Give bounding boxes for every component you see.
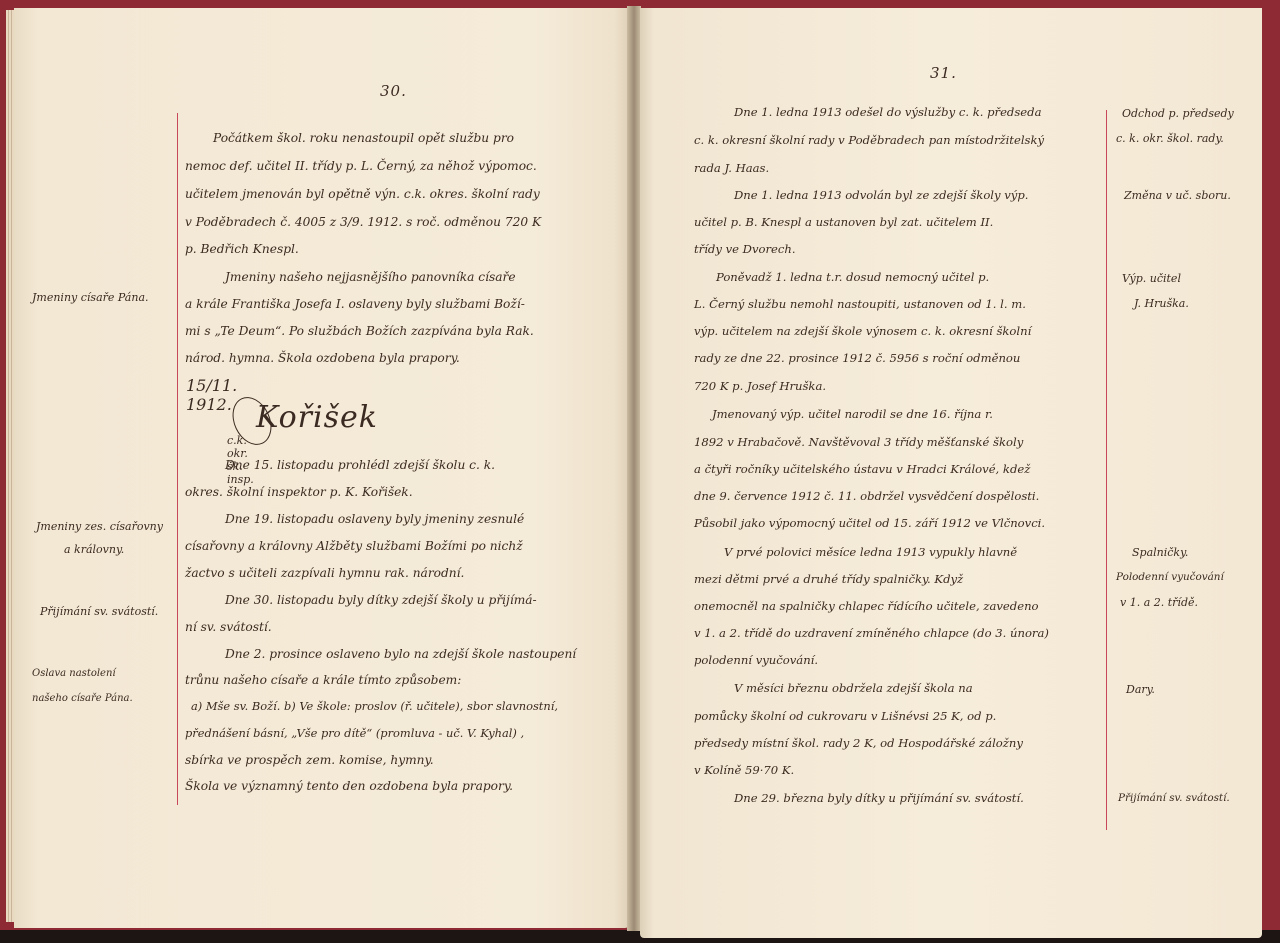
signature-name: Kořišek [256, 400, 378, 435]
text-line: Poněvadž 1. ledna t.r. dosud nemocný uči… [716, 270, 989, 284]
text-line: Dne 30. listopadu byly dítky zdejší škol… [225, 593, 537, 607]
margin-rule [1106, 110, 1107, 830]
text-line: Dne 1. ledna 1913 odešel do výslužby c. … [734, 105, 1042, 119]
text-line: pomůcky školní od cukrovaru v Lišnévsi 2… [694, 709, 996, 723]
text-line: V měsíci březnu obdržela zdejší škola na [734, 681, 973, 695]
text-line: mezi dětmi prvé a druhé třídy spalničky.… [694, 572, 963, 586]
text-line: v 1. a 2. třídě do uzdravení zmíněného c… [694, 626, 1049, 640]
text-line: ní sv. svátostí. [185, 620, 272, 634]
text-line: národ. hymna. Škola ozdobena byla prapor… [185, 351, 460, 365]
margin-note: Oslava nastolení [32, 668, 116, 679]
signature-title: c.k. okr. šk. insp. [227, 434, 254, 486]
text-line: 720 K p. Josef Hruška. [694, 379, 826, 393]
text-line: Dne 15. listopadu prohlédl zdejší školu … [225, 458, 495, 472]
text-line: p. Bedřich Knespl. [185, 242, 299, 256]
signature-date: 15/11. 1912. [186, 376, 237, 414]
text-line: Počátkem škol. roku nenastoupil opět slu… [213, 131, 514, 145]
text-line: žactvo s učiteli zazpívali hymnu rak. ná… [185, 566, 464, 580]
margin-rule [177, 113, 178, 805]
text-line: třídy ve Dvorech. [694, 242, 796, 256]
text-line: učitel p. B. Knespl a ustanoven byl zat.… [694, 215, 993, 229]
text-line: Jmenovaný výp. učitel narodil se dne 16.… [712, 407, 993, 421]
margin-note: J. Hruška. [1134, 297, 1189, 310]
text-line: Dne 1. ledna 1913 odvolán byl ze zdejší … [734, 188, 1028, 202]
body-text: Dne 1. ledna 1913 odešel do výslužby c. … [694, 8, 1106, 938]
text-line: císařovny a královny Alžběty službami Bo… [185, 539, 523, 553]
text-line: a čtyři ročníky učitelského ústavu v Hra… [694, 462, 1030, 476]
text-line: 1892 v Hrabačově. Navštěvoval 3 třídy mě… [694, 435, 1023, 449]
margin-note: Jmeniny zes. císařovny [36, 520, 163, 533]
text-line: v Kolíně 59·70 K. [694, 763, 794, 777]
text-line: učitelem jmenován byl opětně výn. c.k. o… [185, 187, 540, 201]
margin-note: Přijímání sv. svátostí. [1118, 792, 1230, 804]
text-line: výp. učitelem na zdejší škole výnosem c.… [694, 324, 1031, 338]
text-line: Škola ve významný tento den ozdobena byl… [185, 779, 513, 793]
text-line: a) Mše sv. Boží. b) Ve škole: proslov (ř… [191, 699, 558, 713]
text-line: L. Černý službu nemohl nastoupiti, ustan… [694, 297, 1026, 311]
text-line: Dne 29. března byly dítky u přijímání sv… [734, 791, 1024, 805]
text-line: mi s „Te Deum“. Po službách Božích zazpí… [185, 324, 534, 338]
margin-note: Odchod p. předsedy [1122, 107, 1234, 120]
text-line: okres. školní inspektor p. K. Kořišek. [185, 485, 413, 499]
text-line: nemoc def. učitel II. třídy p. L. Černý,… [185, 159, 537, 173]
book-gutter [627, 6, 641, 931]
text-line: V prvé polovici měsíce ledna 1913 vypukl… [724, 545, 1017, 559]
right-page: 31. Dne 1. ledna 1913 odešel do výslužby… [640, 8, 1262, 938]
text-line: rady ze dne 22. prosince 1912 č. 5956 s … [694, 351, 1020, 365]
text-line: polodenní vyučování. [694, 653, 818, 667]
left-page: 30. Počátkem škol. roku nenastoupil opět… [14, 8, 629, 928]
text-line: Dne 19. listopadu oslaveny byly jmeniny … [225, 512, 524, 526]
text-line: přednášení básní, „Vše pro dítě“ (promlu… [185, 726, 524, 740]
text-line: předsedy místní škol. rady 2 K, od Hospo… [694, 736, 1023, 750]
margin-note: našeho císaře Pána. [32, 693, 133, 704]
text-line: rada J. Haas. [694, 161, 769, 175]
margin-note: Změna v uč. sboru. [1124, 189, 1231, 202]
text-line: c. k. okresní školní rady v Poděbradech … [694, 133, 1044, 147]
margin-note: v 1. a 2. třídě. [1120, 596, 1198, 609]
margin-note: Přijímání sv. svátostí. [40, 605, 158, 618]
margin-note: c. k. okr. škol. rady. [1116, 132, 1224, 145]
text-line: sbírka ve prospěch zem. komise, hymny. [185, 753, 434, 767]
margin-note: a královny. [64, 543, 124, 556]
margin-note: Dary. [1126, 683, 1155, 696]
text-line: dne 9. července 1912 č. 11. obdržel vysv… [694, 489, 1039, 503]
text-line: Dne 2. prosince oslaveno bylo na zdejší … [225, 647, 576, 661]
text-line: Působil jako výpomocný učitel od 15. zář… [694, 516, 1045, 530]
margin-note: Polodenní vyučování [1116, 571, 1224, 583]
text-line: v Poděbradech č. 4005 z 3/9. 1912. s roč… [185, 215, 541, 229]
text-line: a krále Františka Josefa I. oslaveny byl… [185, 297, 525, 311]
text-line: onemocněl na spalničky chlapec řídícího … [694, 599, 1039, 613]
margin-note: Spalničky. [1132, 546, 1188, 559]
margin-note: Výp. učitel [1122, 272, 1181, 285]
text-line: Jmeniny našeho nejjasnějšího panovníka c… [225, 270, 516, 284]
text-line: trůnu našeho císaře a krále tímto způsob… [185, 673, 461, 687]
margin-note: Jmeniny císaře Pána. [32, 291, 149, 304]
